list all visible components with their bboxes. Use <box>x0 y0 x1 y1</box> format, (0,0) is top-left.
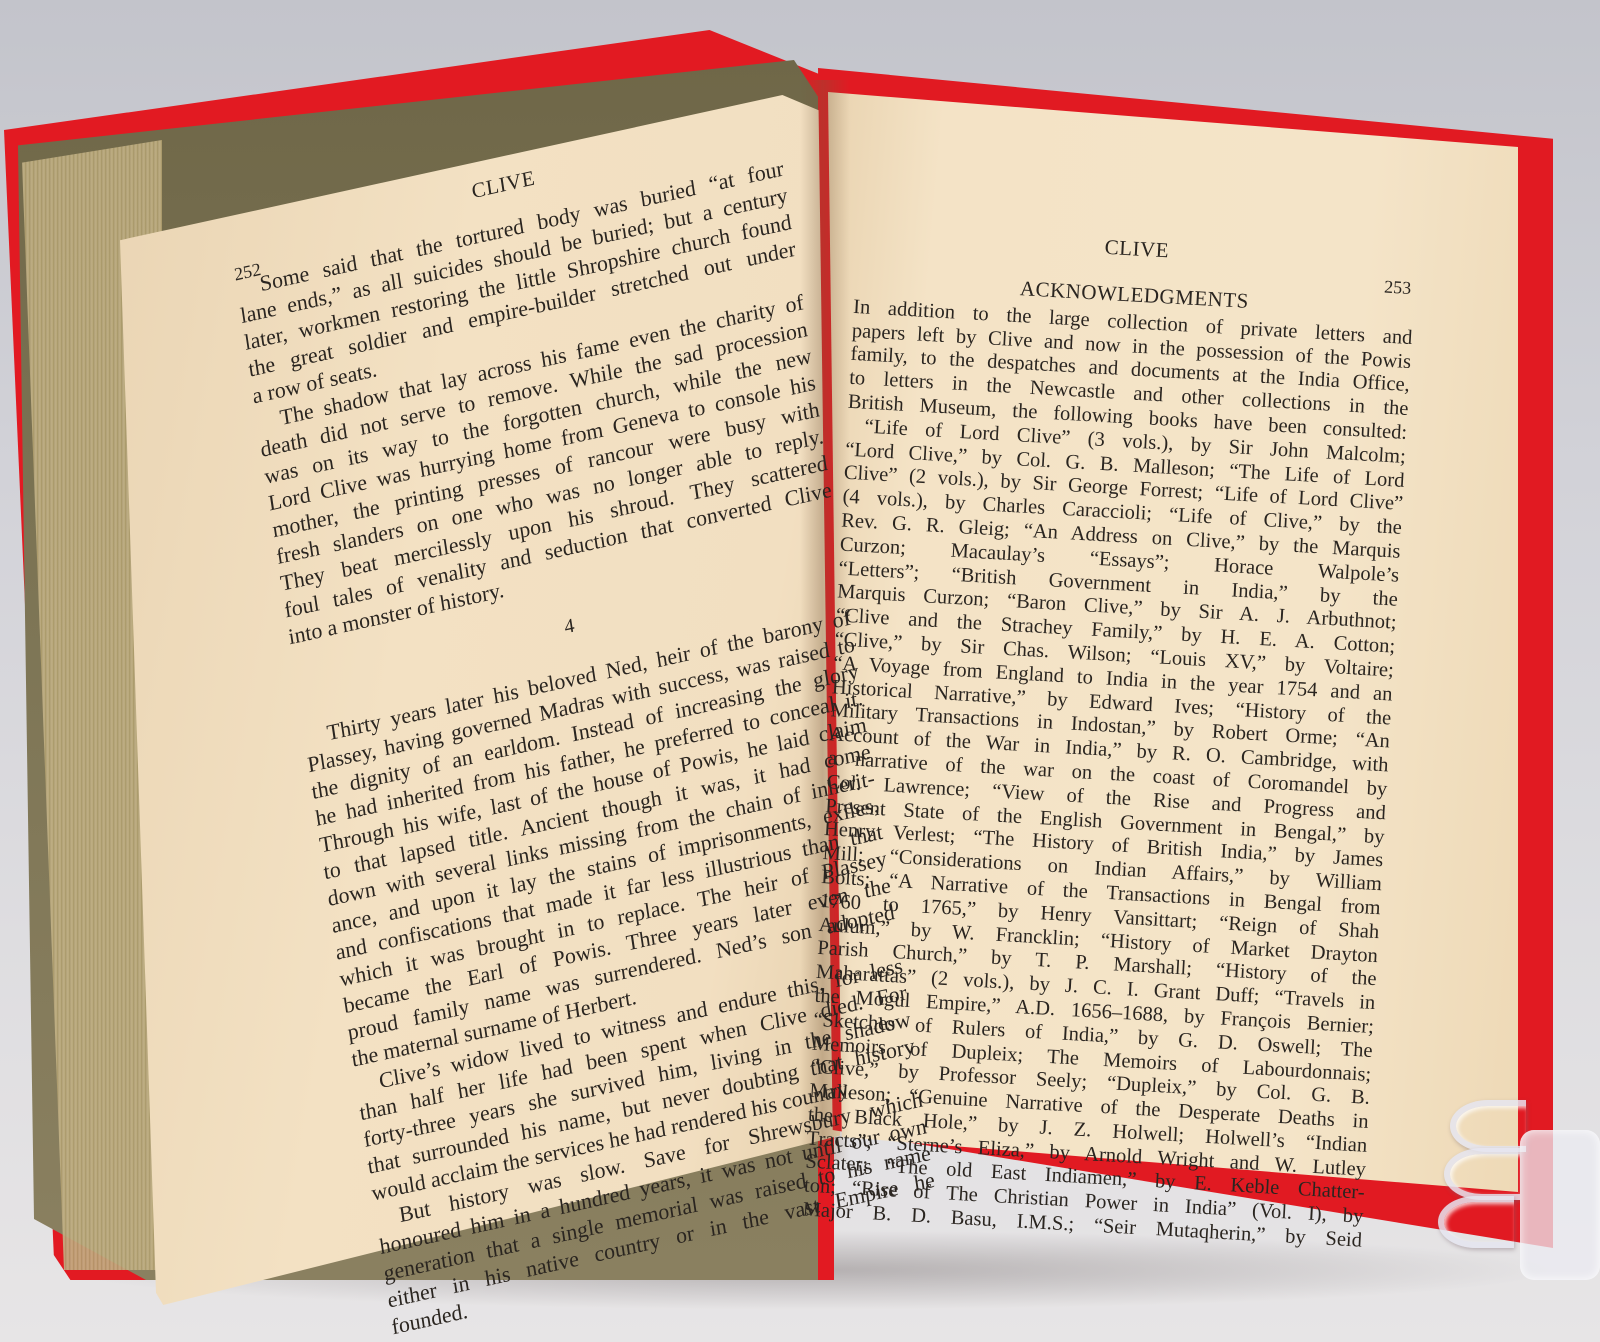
right-page-text: CLIVE 253 ACKNOWLEDGMENTS In addition to… <box>802 222 1417 1254</box>
right-bibliography: “Life of Lord Clive” (3 vols.), by Sir J… <box>802 414 1406 1253</box>
clip-prong <box>1438 1196 1514 1248</box>
right-page-number: 253 <box>1384 275 1412 300</box>
book-photo-scene: CLIVE 252 Some said that the tortured bo… <box>0 0 1600 1342</box>
clip-prong <box>1444 1148 1520 1200</box>
acrylic-page-clip <box>1450 1100 1600 1280</box>
clip-body <box>1520 1130 1600 1280</box>
clip-prong <box>1450 1100 1526 1152</box>
left-page-number: 252 <box>232 256 262 289</box>
